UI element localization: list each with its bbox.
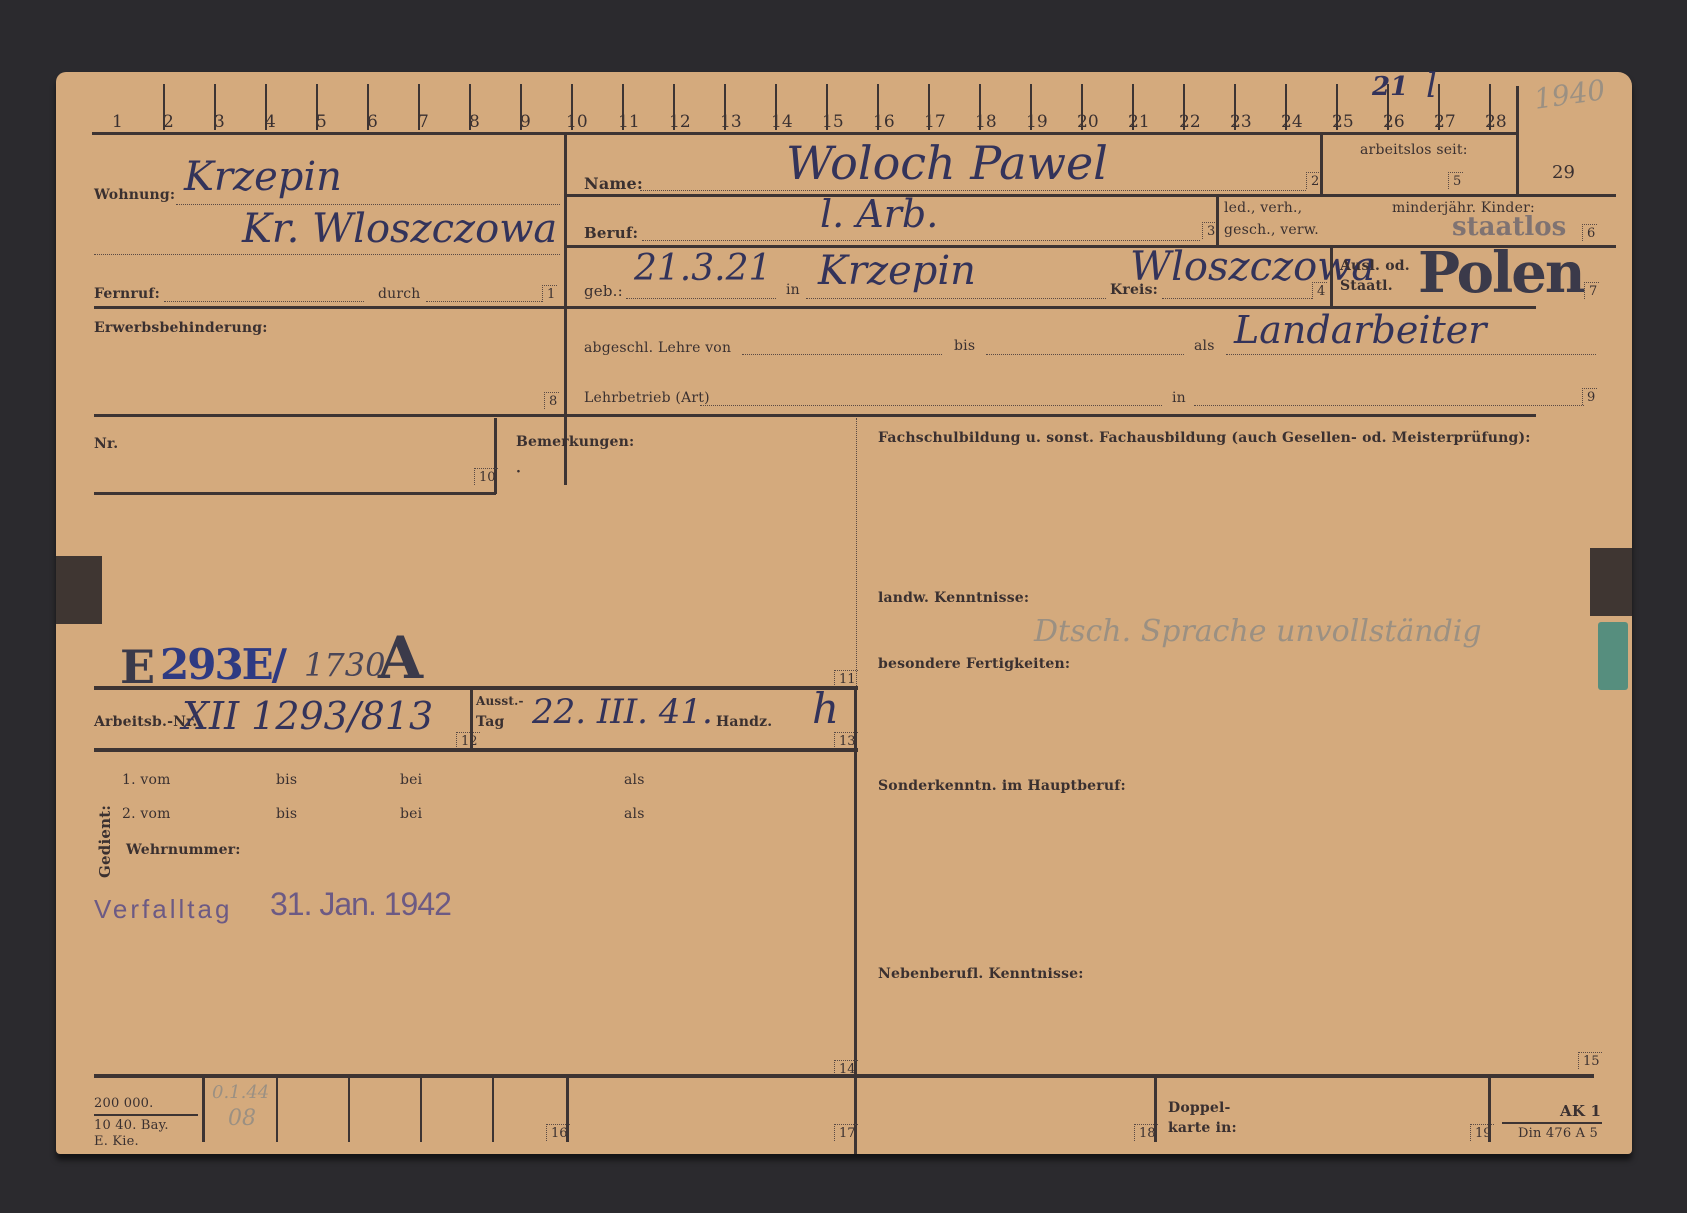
durch-label: durch [378, 286, 421, 302]
field-number-9: 9 [1582, 388, 1597, 405]
geburtsort-value[interactable]: Krzepin [818, 248, 976, 294]
green-ink-mark [1598, 622, 1628, 690]
gedient-row2-bis: bis [276, 806, 297, 822]
doppelkarte-label-2: karte in: [1168, 1120, 1237, 1136]
rule-below-lehrbetrieb [94, 414, 1536, 417]
ruler-divider [928, 84, 930, 130]
sonderkenntn-label: Sonderkenntn. im Hauptberuf: [878, 778, 1126, 794]
gedient-row1-als: als [624, 772, 645, 788]
print-run-rule [94, 1114, 198, 1116]
gedient-row1-bis: bis [276, 772, 297, 788]
handwritten-col27-mark: l [1426, 66, 1437, 106]
lehre-als-line [1226, 354, 1596, 355]
field-number-8: 8 [544, 392, 559, 409]
ruler-divider [673, 84, 675, 130]
print-date-label: 10 40. Bay. [94, 1118, 169, 1133]
col-number: 6 [367, 112, 378, 132]
ruler-divider [469, 84, 471, 130]
col-number: 3 [214, 112, 225, 132]
ruler-divider [265, 84, 267, 130]
ruler-divider [1234, 84, 1236, 130]
wohnung-label: Wohnung: [94, 187, 175, 203]
field-number-6: 6 [1582, 224, 1597, 241]
col-number: 7 [418, 112, 429, 132]
field-number-4: 4 [1312, 282, 1327, 299]
din-code: Din 476 A 5 [1518, 1126, 1598, 1141]
verfalltag-value: 31. Jan. 1942 [270, 886, 451, 923]
lehre-als-value[interactable]: Landarbeiter [1234, 308, 1486, 352]
ausst-value[interactable]: 22. III. 41. [532, 692, 713, 732]
ruler-divider [571, 84, 573, 130]
left-edge-index-tab [56, 556, 102, 624]
name-line [640, 190, 1306, 191]
kreis-line [1162, 298, 1312, 299]
staatenlos-stamp: staatlos [1452, 212, 1566, 242]
ruler-divider [826, 84, 828, 130]
field-number-10: 10 [474, 468, 498, 485]
footer-divider-3 [1154, 1076, 1157, 1142]
ruler-divider [1438, 84, 1440, 130]
ruler-divider [1081, 84, 1083, 130]
familienstand-label-1: led., verh., [1224, 200, 1302, 216]
lehre-bis-field[interactable] [986, 354, 1184, 355]
ruler-divider [622, 84, 624, 130]
ruler-divider [163, 84, 165, 130]
doppelkarte-label-1: Doppel- [1168, 1100, 1231, 1116]
wohnung-value-2[interactable]: Kr. Wloszczowa [242, 206, 557, 252]
lehrbetrieb-in-label: in [1172, 390, 1186, 406]
print-by-label: E. Kie. [94, 1134, 139, 1149]
footer-thin-divider [276, 1078, 278, 1142]
footer-thin-divider [348, 1078, 350, 1142]
gedient-row1-vom: 1. vom [122, 772, 171, 788]
bemerkungen-label: Bemerkungen: [516, 434, 634, 450]
ruler-divider [1132, 84, 1134, 130]
gedient-row2-als: als [624, 806, 645, 822]
nebenberufl-label: Nebenberufl. Kenntnisse: [878, 966, 1084, 982]
familienstand-divider [1216, 196, 1219, 246]
footer-thin-divider [492, 1078, 494, 1142]
ruler-divider [724, 84, 726, 130]
field-number-1: 1 [542, 285, 557, 302]
footer-divider-4 [1488, 1076, 1491, 1142]
wohnung-value-1[interactable]: Krzepin [184, 154, 342, 200]
lehre-bis-label: bis [954, 338, 975, 354]
footer-thin-divider [420, 1078, 422, 1142]
gedient-row2-bei: bei [400, 806, 422, 822]
lehrbetrieb-field[interactable] [700, 405, 1162, 406]
lehrbetrieb-label: Lehrbetrieb (Art) [584, 390, 710, 406]
col-number: 8 [469, 112, 480, 132]
rule-above-arbeitsbuch [94, 686, 858, 690]
ruler-divider [316, 84, 318, 130]
registration-card: 1 2 3 4 5 6 7 8 9 10 11 12 13 14 15 16 1… [56, 72, 1632, 1154]
fernruf-label: Fernruf: [94, 286, 160, 302]
code-stamp-blue: 293E/ [160, 640, 285, 689]
handwritten-col26-mark: 21 [1372, 72, 1408, 102]
arbeitsbuch-value[interactable]: XII 1293/813 [182, 694, 433, 738]
arbeitslos-label: arbeitslos seit: [1360, 142, 1468, 158]
staatsangehoerigkeit-label-1: Ausl. od. [1340, 258, 1410, 274]
ruler-divider [367, 84, 369, 130]
arbeitslos-divider [1320, 134, 1323, 196]
geb-label: geb.: [584, 282, 623, 300]
familienstand-label-2: gesch., verw. [1224, 222, 1319, 238]
ruler-divider [1336, 84, 1338, 130]
durch-field[interactable] [426, 301, 542, 302]
geburtsort-line [806, 298, 1106, 299]
ruler-divider [979, 84, 981, 130]
ruler-bottom-rule [92, 132, 1516, 135]
col-number: 2 [163, 112, 174, 132]
footer-top-rule [94, 1074, 1594, 1078]
handz-value[interactable]: h [812, 684, 839, 733]
field-number-5: 5 [1448, 172, 1463, 189]
field-number-3: 3 [1202, 222, 1217, 239]
ausst-label-1: Ausst.- [476, 694, 524, 708]
form-code-rule [1502, 1122, 1602, 1124]
right-column-solid-divider [854, 688, 857, 1154]
ruler-divider [775, 84, 777, 130]
geb-line [626, 298, 776, 299]
gedient-row1-bei: bei [400, 772, 422, 788]
ausst-label-2: Tag [476, 714, 505, 730]
field-number-2: 2 [1306, 172, 1321, 189]
nr-label: Nr. [94, 436, 118, 452]
fachschul-label: Fachschulbildung u. sonst. Fachausbildun… [878, 430, 1531, 446]
pencil-corner-note: 1940 [1532, 73, 1607, 116]
footer-divider-2 [566, 1076, 569, 1142]
wohnung-line-1 [176, 204, 560, 205]
form-code: AK 1 [1560, 1102, 1601, 1120]
arbeitsbuch-divider [470, 688, 473, 750]
ruler-divider [1489, 84, 1491, 130]
rule-below-nr [94, 492, 496, 495]
footer-pencil-note-2: 08 [228, 1106, 256, 1131]
beruf-value[interactable]: l. Arb. [820, 192, 938, 236]
lehrbetrieb-in-field[interactable] [1194, 405, 1584, 406]
landw-kenntnisse-pencil-note[interactable]: Dtsch. Sprache unvollständig [1034, 614, 1482, 649]
code-stamp-handwritten: 1730 [304, 646, 385, 684]
gedient-row2-vom: 2. vom [122, 806, 171, 822]
in-label: in [786, 282, 800, 298]
rule-below-name [566, 194, 1616, 197]
field-number-15: 15 [1578, 1052, 1602, 1069]
lehre-von-field[interactable] [742, 354, 942, 355]
wohnung-line-2 [94, 254, 560, 255]
gedient-label: Gedient: [96, 805, 114, 878]
name-label: Name: [584, 174, 643, 193]
wehrnummer-label: Wehrnummer: [126, 842, 241, 858]
main-vertical-divider [564, 134, 567, 485]
col-number: 5 [316, 112, 327, 132]
kreis-value[interactable]: Wloszczowa [1130, 244, 1375, 290]
erwerbsbehinderung-label: Erwerbsbehinderung: [94, 320, 268, 336]
beruf-label: Beruf: [584, 224, 638, 242]
bemerkungen-value[interactable]: · [516, 464, 521, 480]
ruler-divider [1030, 84, 1032, 130]
landw-kenntnisse-label: landw. Kenntnisse: [878, 590, 1029, 606]
ruler-divider [1285, 84, 1287, 130]
code-stamp-suffix: A [378, 624, 423, 692]
lehre-label: abgeschl. Lehre von [584, 340, 731, 356]
footer-pencil-note-1: 0.1.44 [212, 1082, 269, 1103]
beruf-line [642, 240, 1200, 241]
ruler-divider [520, 84, 522, 130]
lehre-als-label: als [1194, 338, 1215, 354]
print-run-label: 200 000. [94, 1096, 154, 1111]
geb-value[interactable]: 21.3.21 [634, 248, 771, 289]
staatsangehoerigkeit-label-2: Staatl. [1340, 278, 1393, 294]
fernruf-field[interactable] [164, 301, 364, 302]
col-number: 4 [265, 112, 276, 132]
field-number-29: 29 [1552, 162, 1575, 183]
staatsangehoerigkeit-stamp: Polen [1418, 240, 1584, 306]
col-number: 1 [112, 112, 123, 132]
name-value[interactable]: Woloch Pawel [786, 136, 1108, 190]
col-number: 9 [520, 112, 531, 132]
ruler-divider [214, 84, 216, 130]
ruler-divider [418, 84, 420, 130]
ruler-divider [1183, 84, 1185, 130]
col-number: 10 [566, 112, 588, 132]
ruler-divider [877, 84, 879, 130]
staatsangehoerigkeit-divider [1330, 247, 1333, 307]
field-number-17: 17 [834, 1124, 858, 1141]
ruler-cols: 1 2 3 4 5 6 7 8 9 10 11 12 13 14 15 16 1… [92, 82, 1550, 132]
verfalltag-label: Verfalltag [94, 894, 232, 925]
footer-divider-1 [202, 1076, 205, 1142]
handz-label: Handz. [716, 714, 772, 730]
rule-below-arbeitsbuch [94, 748, 858, 752]
field-number-12: 12 [456, 732, 480, 749]
column-29-divider [1516, 86, 1519, 194]
field-number-7: 7 [1584, 282, 1599, 299]
right-edge-index-tab [1590, 548, 1632, 616]
besondere-fertigkeiten-label: besondere Fertigkeiten: [878, 656, 1070, 672]
